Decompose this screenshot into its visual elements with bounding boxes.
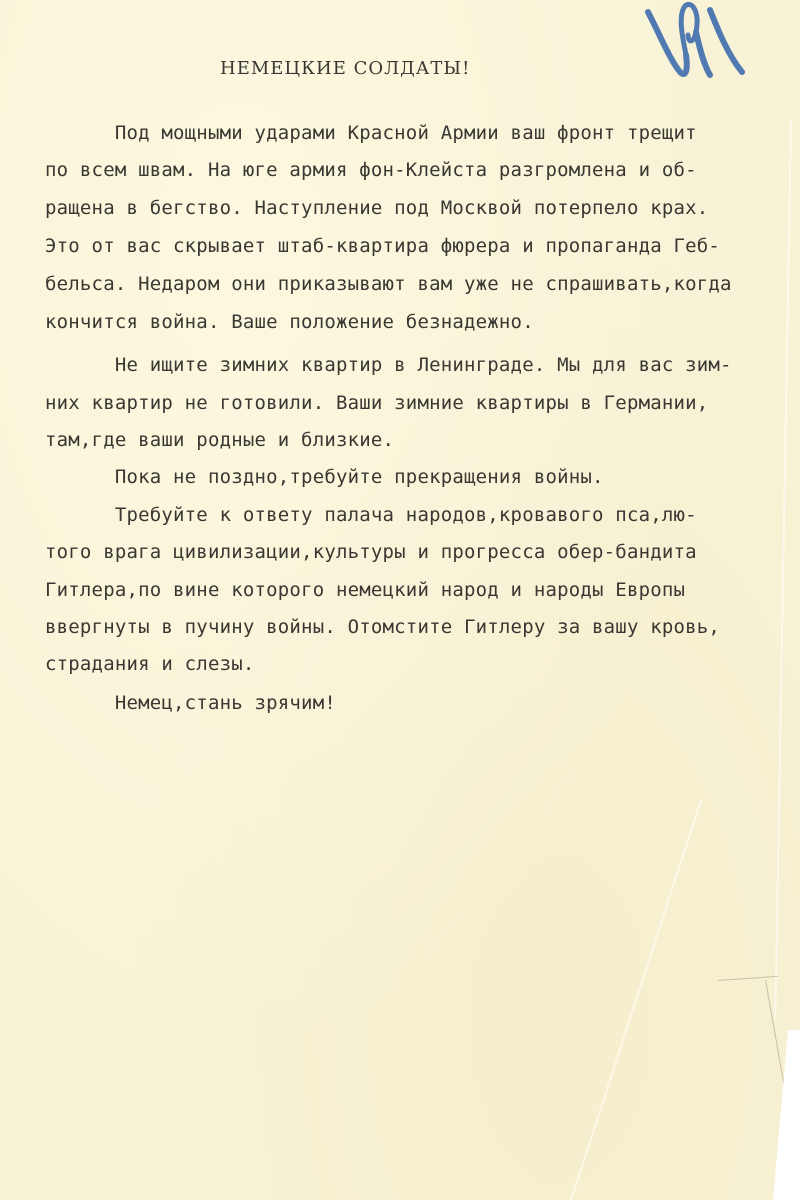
text-line: там,где ваши родные и близкие. — [45, 425, 394, 455]
text-line: Пока не поздно,требуйте прекращения войн… — [45, 462, 604, 492]
text-line: Требуйте к ответу палача народов,кроваво… — [45, 500, 697, 530]
text-line: них квартир не готовили. Ваши зимние ква… — [45, 388, 708, 418]
text-line: Немец,стань зрячим! — [45, 688, 336, 718]
text-line: того врага цивилизации,культуры и прогре… — [45, 537, 697, 567]
text-line: ввергнуты в пучину войны. Отомстите Гитл… — [45, 612, 720, 642]
text-line: Под мощными ударами Красной Армии ваш фр… — [45, 118, 697, 148]
text-line: бельса. Недаром они приказывают вам уже … — [45, 269, 732, 299]
document-title: НЕМЕЦКИЕ СОЛДАТЫ! — [220, 58, 470, 79]
text-line: по всем швам. На юге армия фон-Клейста р… — [45, 155, 697, 185]
text-line: страдания и слезы. — [45, 649, 255, 679]
text-line: Это от вас скрывает штаб-квартира фюрера… — [45, 231, 720, 261]
text-line: Гитлера,по вине которого немецкий народ … — [45, 575, 685, 605]
text-line: ращена в бегство. Наступление под Москво… — [45, 193, 708, 223]
typed-document: НЕМЕЦКИЕ СОЛДАТЫ! Под мощными ударами Кр… — [45, 0, 800, 418]
text-line: Не ищите зимних квартир в Ленинграде. Мы… — [45, 350, 732, 380]
text-line: кончится война. Ваше положение безнадежн… — [45, 307, 534, 337]
